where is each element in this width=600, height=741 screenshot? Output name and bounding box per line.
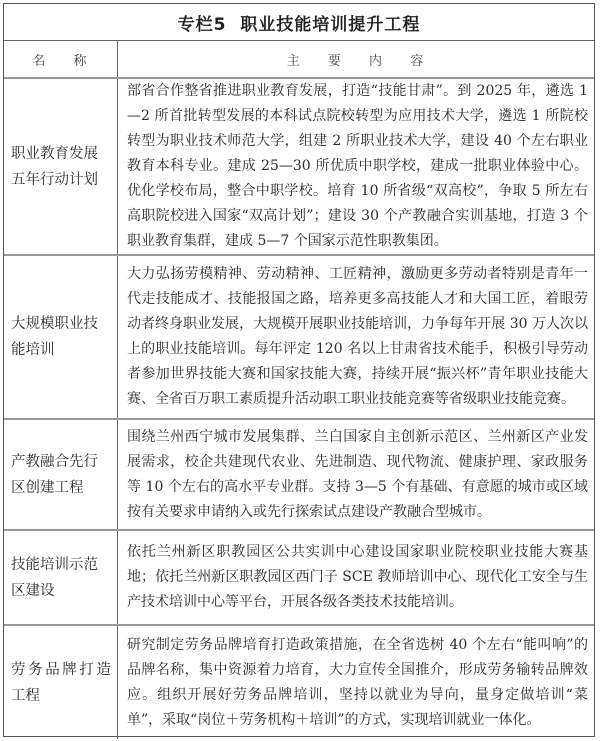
title-prefix: 专栏5: [178, 10, 227, 35]
header-content: 主 要 内 容: [118, 41, 594, 77]
table-header: 名 称 主 要 内 容: [4, 41, 594, 79]
row-content: 围绕兰州西宁城市发展集群、兰白国家自主创新示范区、兰州新区产业发展需求，校企共建…: [118, 420, 594, 529]
row-content: 部省合作整省推进职业教育发展，打造“技能甘肃”。到 2025 年，遴选 1—2 …: [118, 79, 594, 254]
table-row: 职业教育发展五年行动计划 部省合作整省推进职业教育发展，打造“技能甘肃”。到 2…: [4, 79, 594, 256]
title-text: 职业技能培训提升工程: [240, 10, 420, 35]
row-name: 技能培训示范区建设: [4, 531, 118, 624]
table-title: 专栏5 职业技能培训提升工程: [4, 4, 594, 41]
row-content: 研究制定劳务品牌培育打造政策措施，在全省选树 40 个左右“能叫响”的品牌名称，…: [118, 626, 594, 739]
table-row: 技能培训示范区建设 依托兰州新区职教园区公共实训中心建设国家职业院校职业技能大赛…: [4, 531, 594, 626]
table-row: 大规模职业技能培训 大力弘扬劳模精神、劳动精神、工匠精神，激励更多劳动者特别是青…: [4, 256, 594, 420]
feature-box-table: 专栏5 职业技能培训提升工程 名 称 主 要 内 容 职业教育发展五年行动计划 …: [3, 3, 595, 737]
row-name: 大规模职业技能培训: [4, 256, 118, 418]
row-name: 职业教育发展五年行动计划: [4, 79, 118, 254]
row-name: 产教融合先行区创建工程: [4, 420, 118, 529]
row-content: 依托兰州新区职教园区公共实训中心建设国家职业院校职业技能大赛基地；依托兰州新区职…: [118, 531, 594, 624]
row-name: 劳务品牌打造工程: [4, 626, 118, 739]
table-row: 劳务品牌打造工程 研究制定劳务品牌培育打造政策措施，在全省选树 40 个左右“能…: [4, 626, 594, 739]
row-content: 大力弘扬劳模精神、劳动精神、工匠精神，激励更多劳动者特别是青年一代走技能成才、技…: [118, 256, 594, 418]
table-row: 产教融合先行区创建工程 围绕兰州西宁城市发展集群、兰白国家自主创新示范区、兰州新…: [4, 420, 594, 531]
header-name: 名 称: [4, 41, 118, 77]
